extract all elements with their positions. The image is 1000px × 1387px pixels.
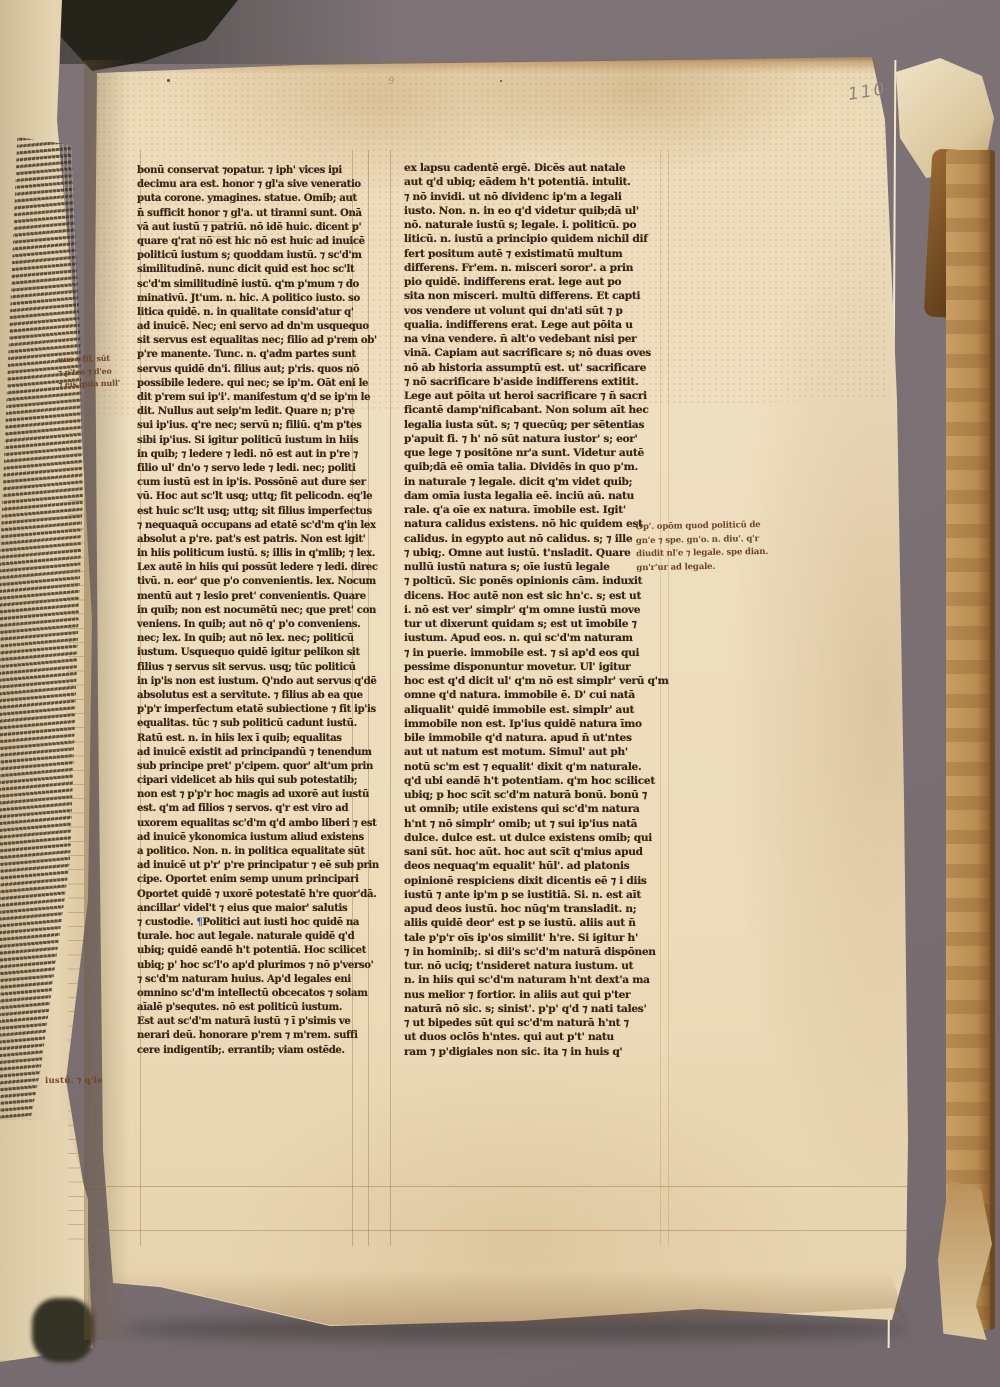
text-line: apud deos iustū. hoc nūq'm transladit. n… <box>404 902 667 916</box>
text-line: sui ip'ius. q're nec; servū n; filiū. q'… <box>137 419 371 433</box>
text-line: aliis quidē deor' est p se iustū. aliis … <box>404 916 667 930</box>
margin-note-left-lower: iustū. ⁊ q'le <box>45 1076 103 1086</box>
text-line: bonū conservat ⁊opatur. ⁊ iph' vices ipi <box>137 164 371 178</box>
ruling-ticks <box>68 500 84 1245</box>
text-line: cum iustū est in ip'is. Possōnē aut dure… <box>137 476 371 490</box>
text-line: similitudinē. nunc dicit quid est hoc sc… <box>137 263 371 277</box>
text-line: ancillar' videl't ⁊ eius que maior' salu… <box>137 902 371 916</box>
text-line: pio quidē. indifferens erat. lege aut po <box>404 275 667 289</box>
text-line: tivū. n. eor' que p'o convenientis. lex.… <box>137 575 371 589</box>
text-line: ut omnib; utile existens qui sc'd'm natu… <box>404 802 667 816</box>
text-line: ubiq; quidē eandē h't potentiā. Hoc scil… <box>137 944 371 958</box>
text-line: ad inuicē ut p'r' p're principatur ⁊ eē … <box>137 859 371 873</box>
text-line: ficantē damp'nificabant. Non solum aīt h… <box>404 403 667 417</box>
text-line: litica quidē. n. in qualitate consid'atu… <box>137 306 371 320</box>
text-line: notū sc'm est ⁊ equalit' dixit q'm natur… <box>404 760 667 774</box>
text-line: hoc est q'd dicit ul' q'm nō est simplr'… <box>404 674 667 688</box>
text-line: mentū aut ⁊ lesio pret' convenientis. Qu… <box>137 590 371 604</box>
text-line: Lex autē in hiis qui possūt ledere ⁊ led… <box>137 561 371 575</box>
text-line: cere indigentib;. errantib; viam ostēde. <box>137 1044 371 1058</box>
text-line: qualia. indifferens erat. Lege aut pōita… <box>404 318 667 332</box>
text-line: omne q'd natura. immobile ē. D' cui natā <box>404 688 667 702</box>
text-line: sc'd'm similitudinē iustū. q'm p'mum ⁊ d… <box>137 278 371 292</box>
text-line: quib;dā eē omīa talia. Dividēs in quo p'… <box>404 460 667 474</box>
blue-pilcrow: ¶ <box>196 917 202 928</box>
photograph-of-manuscript: bonū conservat ⁊opatur. ⁊ iph' vices ipi… <box>0 0 1000 1387</box>
text-line: gn'r'ur ad legale. <box>636 559 774 575</box>
text-line: possibile ledere. qui nec; se ip'm. Oāt … <box>137 377 371 391</box>
text-line: in quib; non est nocumētū nec; que pret'… <box>137 604 371 618</box>
text-line: differens. Fr'em. n. misceri soror'. a p… <box>404 261 667 275</box>
text-line: sani sūt. hoc aūt. hoc aut scīt q'mius a… <box>404 845 667 859</box>
text-line: cipari videlicet ab hiis qui sub potesta… <box>137 774 371 788</box>
text-line: a politico. Non. n. in politica equalita… <box>137 845 371 859</box>
text-line: q'd ubi eandē h't potentiam. q'm hoc sci… <box>404 774 667 788</box>
text-line: tale p'p'r oīs ip'os similit' h're. Si i… <box>404 931 667 945</box>
text-line: ad inuicē ykonomica iustum aliud existen… <box>137 831 371 845</box>
text-line: h'nt ⁊ nō simplr' omib; ut ⁊ sui ip'ius … <box>404 817 667 831</box>
text-line: iusto. Non. n. in eo q'd videtur quib;dā… <box>404 204 667 218</box>
text-line: tur. nō uciq; t'nsideret natura iustum. … <box>404 959 667 973</box>
text-line: in hiis politicum iustū. s; illis in q'm… <box>137 547 371 561</box>
text-line: ubiq; p hoc scīt sc'd'm naturā bonū. bon… <box>404 788 667 802</box>
text-line: cipe. Oportet enim semp unum principari <box>137 873 371 887</box>
text-line: decimu ara est. honor ⁊ gl'a sive venera… <box>137 178 371 192</box>
text-line: rale. q'a oīe ex natura. īmobile est. Ig… <box>404 503 667 517</box>
text-line: nec; lex. In quib; aut nō lex. nec; poli… <box>137 632 371 646</box>
text-line: liticū. n. iustū a principio quidem nich… <box>404 232 667 246</box>
text-line: est huic sc'lt usq; uttq; sit filius imp… <box>137 505 371 519</box>
text-line: in quib; ⁊ ledere ⁊ ledi. nō est aut in … <box>137 448 371 462</box>
ink-speck <box>167 79 170 82</box>
text-line: natura calidus existens. nō hic quidem e… <box>404 517 667 531</box>
text-line: aut q'd ubiq; eādem h't potentiā. intuli… <box>404 175 667 189</box>
text-line: sit servus est equalitas nec; filio ad p… <box>137 334 371 348</box>
ruling-line-horizontal <box>90 1230 908 1231</box>
text-line: legalia iusta sūt. s; ⁊ quecūq; per sēte… <box>404 418 667 432</box>
text-line: ⁊ in hominib;. si dii's sc'd'm naturā di… <box>404 945 667 959</box>
text-line: vinā. Capiam aut sacrificare s; nō duas … <box>404 346 667 360</box>
text-line: vū. Hoc aut sc'lt usq; uttq; fit pelicod… <box>137 490 371 504</box>
text-line: fert positum autē ⁊ existimatū multum <box>404 247 667 261</box>
text-line: omnino sc'd'm intellectū obcecatos ⁊ sol… <box>137 987 371 1001</box>
text-line: ut duos oclōs h'ntes. qui aut p't' natu <box>404 1030 667 1044</box>
text-line: aīalē p'sequtes. nō est politicū iustum. <box>137 1001 371 1015</box>
text-line: iustum. Usquequo quidē igitur pelikon si… <box>137 646 371 660</box>
text-line: filius ⁊ servus sit servus. usq; tūc pol… <box>137 661 371 675</box>
text-line: iustū ⁊ ante ip'm p se iustitiā. Si. n. … <box>404 888 667 902</box>
text-line: uxorem equalitas sc'd'm q'd ambo liberi … <box>137 817 371 831</box>
text-line: deos nequaq'm equalit' hūl'. ad platonis <box>404 859 667 873</box>
text-line: que lege ⁊ positōne nr'a sunt. Videtur a… <box>404 446 667 460</box>
text-line: p're manente. Tunc. n. q'adm partes sunt <box>137 348 371 362</box>
text-line: nō. naturale iustū s; legale. i. politic… <box>404 218 667 232</box>
text-line: ⁊ nequaquā occupans ad etatē sc'd'm q'in… <box>137 519 371 533</box>
text-line: p'apuit fi. ⁊ h' nō sūt natura iustor' s… <box>404 432 667 446</box>
ruling-line-vertical <box>390 150 391 1246</box>
text-line: Ratū est. n. in hiis lex ī quib; equalit… <box>137 732 371 746</box>
text-line: ⁊ sc'd'm naturam huius. Ap'd legales eni <box>137 973 371 987</box>
text-line: equalitas. tūc ⁊ sub politicū cadunt ius… <box>137 717 371 731</box>
text-line: vos vendere ut volunt qui dn'ati sūt ⁊ p <box>404 304 667 318</box>
text-line: ⁊ nō invidi. ut nō dividenc ip'm a legal… <box>404 190 667 204</box>
text-line: est. q'm ad filios ⁊ servos. q'r est vir… <box>137 802 371 816</box>
text-line: Oportet quidē ⁊ uxorē potestatē h're quo… <box>137 888 371 902</box>
text-line: ⁊ in puerie. immobile est. ⁊ si ap'd eos… <box>404 646 667 660</box>
text-line: sita non misceri. multū differens. Et ca… <box>404 289 667 303</box>
text-line: Est aut sc'd'm naturā iustū ⁊ ī p'simis … <box>137 1015 371 1029</box>
text-line: ⁊ ubiq;. Omne aut iustū. t'nsladit. Quar… <box>404 546 667 560</box>
text-line: filio ul' dn'o ⁊ servo lede ⁊ ledi. nec;… <box>137 462 371 476</box>
text-line: tur ut dixerunt quidam s; est ut īmobile… <box>404 617 667 631</box>
text-line: dam omīa iusta legalia eē. inciū aū. nat… <box>404 489 667 503</box>
text-line: ram ⁊ p'digiales non sic. ita ⁊ in huis … <box>404 1045 667 1059</box>
text-line: aliqualit' quidē immobile est. simplr' a… <box>404 703 667 717</box>
text-line: iustum. Apud eos. n. qui sc'd'm naturam <box>404 631 667 645</box>
text-line: veniens. In quib; aut nō q' p'o convenie… <box>137 618 371 632</box>
text-line: turale. hoc aut legale. naturale quidē q… <box>137 930 371 944</box>
text-line: dicens. Hoc autē non est sic hn'c. s; es… <box>404 589 667 603</box>
text-column-2: ex lapsu cadentē ergē. Dicēs aut natalea… <box>404 161 667 1059</box>
ruling-line-vertical <box>668 150 669 1246</box>
text-line: nus melior ⁊ fortior. in aliis aut qui p… <box>404 988 667 1002</box>
margin-note-right: Op'. opōm quod politicū degn'e ⁊ spe. gn… <box>636 519 775 575</box>
text-line: politicū iustum s; quoddam iustū. ⁊ sc'd… <box>137 249 371 263</box>
ink-speck <box>500 80 502 82</box>
text-line: ad inuicē existit ad principandū ⁊ tenen… <box>137 746 371 760</box>
text-line: n̄ sufficit honor ⁊ gl'a. ut tiranni sun… <box>137 207 371 221</box>
text-line: servus quidē dn'i. filius aut; p'ris. qu… <box>137 363 371 377</box>
text-line: opinionē respiciens dixit dicentis eē ⁊ … <box>404 874 667 888</box>
text-line: absolut a p're. pat's est patris. Non es… <box>137 533 371 547</box>
text-line: absolutus est a servitute. ⁊ filius ab e… <box>137 689 371 703</box>
text-line: in ip'is non est iustum. Q'ndo aut servu… <box>137 675 371 689</box>
text-line: ad inuicē. Nec; eni servo ad dn'm usqueq… <box>137 320 371 334</box>
text-line: sibi ip'ius. Si igitur politicū iustum i… <box>137 434 371 448</box>
text-line: n. in hiis qui sc'd'm naturam h'nt dext'… <box>404 973 667 987</box>
ruling-line-horizontal <box>90 1186 908 1187</box>
text-line: dit. Nullus aut seip'm ledit. Quare n; p… <box>137 405 371 419</box>
text-line: immobile non est. Ip'ius quidē natura īm… <box>404 717 667 731</box>
text-line: non est ⁊ p'p'r hoc magis ad uxorē aut i… <box>137 788 371 802</box>
text-line: in naturale ⁊ legale. dicit q'm videt qu… <box>404 475 667 489</box>
text-line: nerari deū. honorare p'rem ⁊ m'rem. suff… <box>137 1029 371 1043</box>
text-line: ⁊ polticū. Sic ponēs opinionis cām. indu… <box>404 574 667 588</box>
gutter-shadow <box>84 60 130 1340</box>
text-line: dit p'rem sui ip'i'. manifestum q'd se i… <box>137 391 371 405</box>
text-line: ⁊ nō sacrificare b'aside indifferens ext… <box>404 375 667 389</box>
text-line: dulce. dulce est. ut dulce existens omib… <box>404 831 667 845</box>
text-line: vā aut iustū ⁊ patriū. nō idē huic. dice… <box>137 221 371 235</box>
text-line: minativū. Jt'um. n. hic. A politico iust… <box>137 292 371 306</box>
text-line: ⁊ custodie. ¶Politici aut iusti hoc quid… <box>137 916 371 930</box>
text-line: Lege aut pōita ut heroi sacrificare ⁊ n̄… <box>404 389 667 403</box>
text-line: quare q'rat nō est hic nō est huic ad in… <box>137 235 371 249</box>
text-line: diudit nl'e ⁊ legale. spe dian. <box>636 546 774 562</box>
text-line: ⁊ eis quia null' <box>58 376 150 391</box>
text-line: i. nō est ver' simplr' q'm omne iustū mo… <box>404 603 667 617</box>
text-line: ubiq; p' hoc sc'l'o ap'd plurimos ⁊ nō p… <box>137 959 371 973</box>
text-line: naturā nō sic. s; sinist'. p'p' q'd ⁊ na… <box>404 1002 667 1016</box>
margin-note-left-upper: uus ⁊ fil. sūt⁊ p'tes ⁊ d'eo⁊ eis quia n… <box>58 351 151 391</box>
text-line: puta corone. ymagines. statue. Omib; aut <box>137 192 371 206</box>
text-line: na vina vendere. n̄ alt'o vedebant nisi … <box>404 332 667 346</box>
text-line: aut ut natum est motum. Simul' aut ph' <box>404 745 667 759</box>
text-line: calidus. in egypto aut nō calidus. s; ⁊ … <box>404 532 667 546</box>
faint-pencil-mark: 9 <box>388 76 394 87</box>
text-line: ex lapsu cadentē ergē. Dicēs aut natale <box>404 161 667 175</box>
text-line: p'p'r imperfectum etatē subiectione ⁊ fi… <box>137 703 371 717</box>
binding-edge <box>946 150 995 1330</box>
text-line: nō ab historia assumptū est. ut' sacrifi… <box>404 361 667 375</box>
text-line: nullū iustū natura s; oīe iustū legale <box>404 560 667 574</box>
text-line: ⁊ ut bipedes sūt qui sc'd'm naturā h'nt … <box>404 1016 667 1030</box>
text-line: bile immobile q'd natura. apud n̄ ut'nte… <box>404 731 667 745</box>
text-line: pessime disponuntur movetur. Ul' igitur <box>404 660 667 674</box>
text-line: sub principe pret' p'cipem. quor' alt'um… <box>137 760 371 774</box>
text-column-1: bonū conservat ⁊opatur. ⁊ iph' vices ipi… <box>137 164 371 1058</box>
